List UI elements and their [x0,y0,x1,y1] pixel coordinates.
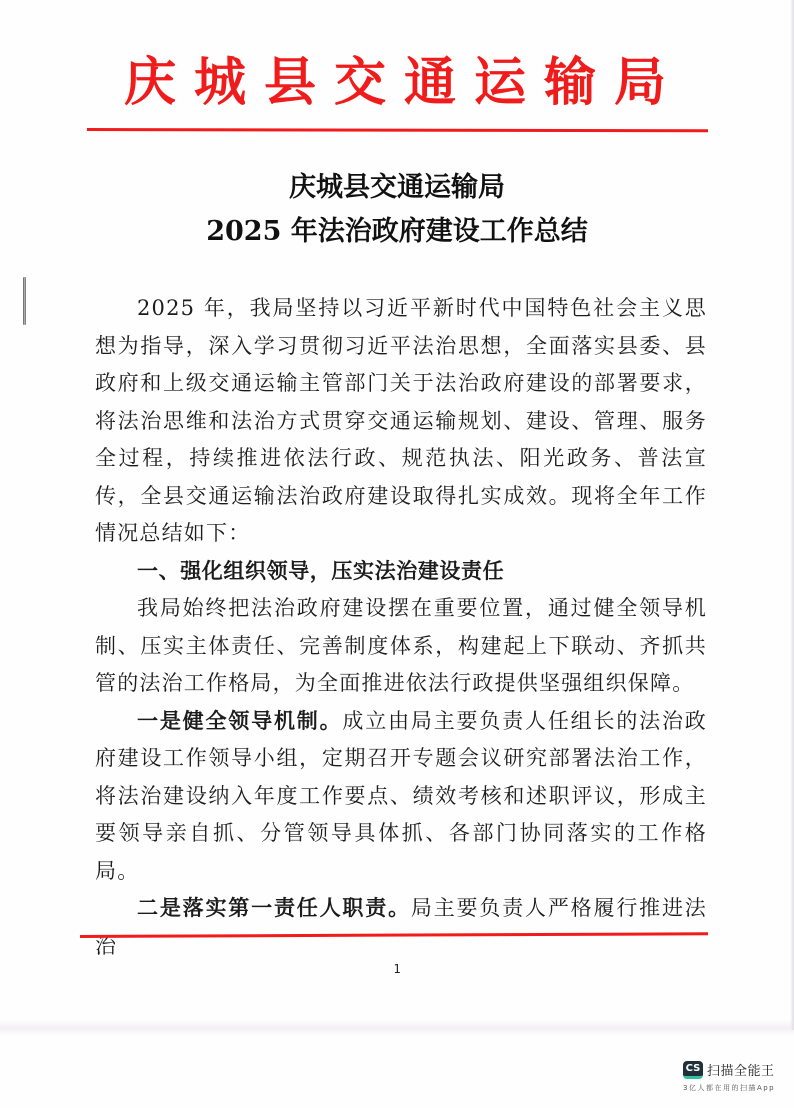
document-page: 庆城县交通运输局 庆城县交通运输局 2025 年法治政府建设工作总结 2025 … [0,0,794,1108]
letterhead-org-name: 庆城县交通运输局 [0,48,794,118]
section-1-paragraph: 我局始终把法治政府建设摆在重要位置，通过健全领导机制、压实主体责任、完善制度体系… [95,590,707,703]
point-2-lead: 二是落实第一责任人职责。 [137,896,411,920]
watermark-tagline: 3亿人都在用的扫描App [683,1083,793,1093]
page-number: 1 [0,962,794,976]
point-2-paragraph: 二是落实第一责任人职责。局主要负责人严格履行推进法治 [95,890,707,965]
document-title-line1: 庆城县交通运输局 [0,171,794,205]
section-heading-1: 一、强化组织领导，压实法治建设责任 [95,553,707,591]
watermark-app-name: 扫描全能王 [707,1060,775,1079]
point-1-text: 成立由局主要负责人任组长的法治政府建设工作领导小组，定期召开专题会议研究部署法治… [95,709,707,883]
letterhead-red-rule [87,128,708,132]
intro-paragraph: 2025 年，我局坚持以习近平新时代中国特色社会主义思想为指导，深入学习贯彻习近… [95,290,707,553]
document-body: 2025 年，我局坚持以习近平新时代中国特色社会主义思想为指导，深入学习贯彻习近… [95,290,707,965]
scanner-watermark: CS 扫描全能王 3亿人都在用的扫描App [683,1060,793,1093]
document-title-line2: 2025 年法治政府建设工作总结 [0,215,794,249]
scan-edge-shadow [790,0,794,1030]
staple-mark [23,277,26,325]
point-1-paragraph: 一是健全领导机制。成立由局主要负责人任组长的法治政府建设工作领导小组，定期召开专… [95,703,707,891]
camscanner-logo-icon: CS [683,1061,703,1079]
point-1-lead: 一是健全领导机制。 [137,709,342,733]
scan-bottom-shadow [0,1020,794,1036]
